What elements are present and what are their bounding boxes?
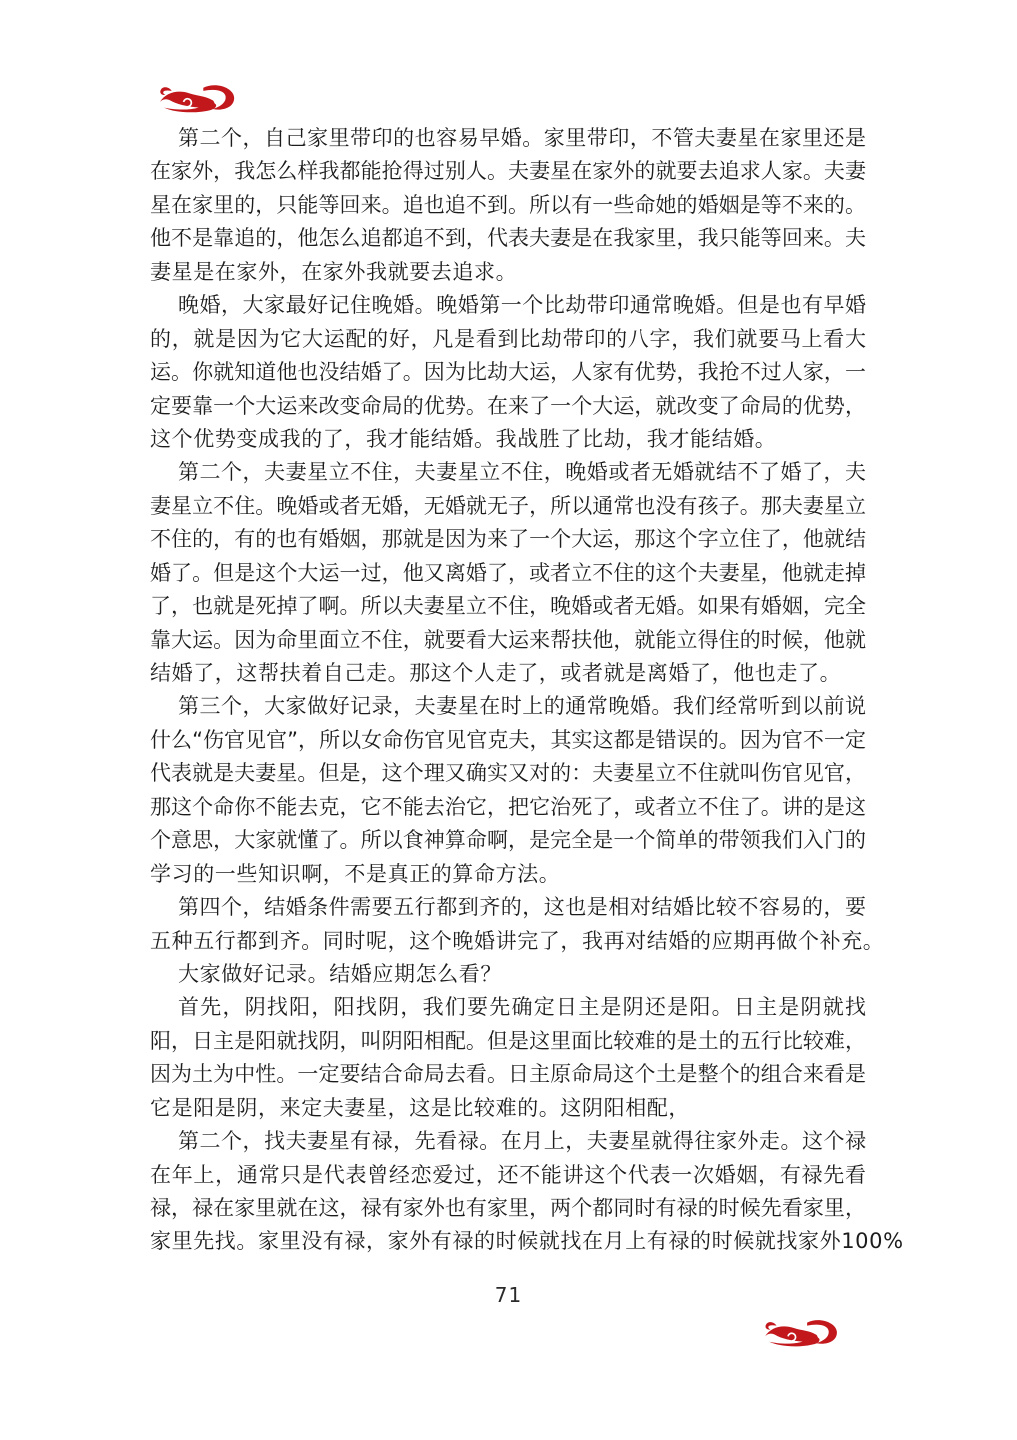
text-line: 在家外，我怎么样我都能抢得过别人。夫妻星在家外的就要去追求人家。夫妻 (150, 155, 866, 188)
text-line: 禄，禄在家里就在这，禄有家外也有家里，两个都同时有禄的时候先看家里， (150, 1192, 866, 1225)
text-line: 家里先找。家里没有禄，家外有禄的时候就找在月上有禄的时候就找家外100% (150, 1225, 866, 1258)
text-line: 在年上，通常只是代表曾经恋爱过，还不能讲这个代表一次婚姻，有禄先看 (150, 1159, 866, 1192)
text-line: 的，就是因为它大运配的好，凡是看到比劫带印的八字，我们就要马上看大 (150, 323, 866, 356)
text-line: 靠大运。因为命里面立不住，就要看大运来帮扶他，就能立得住的时候，他就 (150, 624, 866, 657)
cloud-ornament-icon (157, 83, 237, 113)
text-line: 因为土为中性。一定要结合命局去看。日主原命局这个土是整个的组合来看是 (150, 1058, 866, 1091)
page-number: 71 (0, 1283, 1017, 1307)
text-line: 学习的一些知识啊，不是真正的算命方法。 (150, 858, 866, 891)
text-line: 运。你就知道他也没结婚了。因为比劫大运，人家有优势，我抢不过人家，一 (150, 356, 866, 389)
text-line: 这个优势变成我的了，我才能结婚。我战胜了比劫，我才能结婚。 (150, 423, 866, 456)
text-line: 妻星是在家外，在家外我就要去追求。 (150, 256, 866, 289)
text-line: 不住的，有的也有婚姻，那就是因为来了一个大运，那这个字立住了，他就结 (150, 523, 866, 556)
text-line: 什么“伤官见官”，所以女命伤官见官克夫，其实这都是错误的。因为官不一定 (150, 724, 866, 757)
text-line: 阳，日主是阳就找阴，叫阴阳相配。但是这里面比较难的是土的五行比较难， (150, 1025, 866, 1058)
text-line: 星在家里的，只能等回来。追也追不到。所以有一些命她的婚姻是等不来的。 (150, 189, 866, 222)
text-line: 婚了。但是这个大运一过，他又离婚了，或者立不住的这个夫妻星，他就走掉 (150, 557, 866, 590)
text-line: 第二个，夫妻星立不住，夫妻星立不住，晚婚或者无婚就结不了婚了，夫 (150, 456, 866, 489)
text-line: 第二个，找夫妻星有禄，先看禄。在月上，夫妻星就得往家外走。这个禄 (150, 1125, 866, 1158)
text-line: 第三个，大家做好记录，夫妻星在时上的通常晚婚。我们经常听到以前说 (150, 690, 866, 723)
text-line: 了，也就是死掉了啊。所以夫妻星立不住，晚婚或者无婚。如果有婚姻，完全 (150, 590, 866, 623)
text-line: 它是阳是阴，来定夫妻星，这是比较难的。这阴阳相配， (150, 1092, 866, 1125)
text-line: 定要靠一个大运来改变命局的优势。在来了一个大运，就改变了命局的优势， (150, 390, 866, 423)
cloud-ornament-icon (762, 1318, 840, 1347)
text-line: 首先，阴找阳，阳找阴，我们要先确定日主是阴还是阳。日主是阴就找 (150, 991, 866, 1024)
text-body: 第二个，自己家里带印的也容易早婚。家里带印，不管夫妻星在家里还是在家外，我怎么样… (150, 122, 866, 1259)
text-line: 代表就是夫妻星。但是，这个理又确实又对的：夫妻星立不住就叫伤官见官， (150, 757, 866, 790)
text-line: 第二个，自己家里带印的也容易早婚。家里带印，不管夫妻星在家里还是 (150, 122, 866, 155)
text-line: 那这个命你不能去克，它不能去治它，把它治死了，或者立不住了。讲的是这 (150, 791, 866, 824)
text-line: 他不是靠追的，他怎么追都追不到，代表夫妻是在我家里，我只能等回来。夫 (150, 222, 866, 255)
text-line: 晚婚，大家最好记住晚婚。晚婚第一个比劫带印通常晚婚。但是也有早婚 (150, 289, 866, 322)
text-line: 大家做好记录。结婚应期怎么看？ (150, 958, 866, 991)
text-line: 第四个，结婚条件需要五行都到齐的，这也是相对结婚比较不容易的，要 (150, 891, 866, 924)
text-line: 五种五行都到齐。同时呢，这个晚婚讲完了，我再对结婚的应期再做个补充。 (150, 925, 866, 958)
text-line: 妻星立不住。晚婚或者无婚，无婚就无子，所以通常也没有孩子。那夫妻星立 (150, 490, 866, 523)
text-line: 结婚了，这帮扶着自己走。那这个人走了，或者就是离婚了，他也走了。 (150, 657, 866, 690)
document-page: 第二个，自己家里带印的也容易早婚。家里带印，不管夫妻星在家里还是在家外，我怎么样… (0, 0, 1017, 1440)
text-line: 个意思，大家就懂了。所以食神算命啊，是完全是一个简单的带领我们入门的 (150, 824, 866, 857)
